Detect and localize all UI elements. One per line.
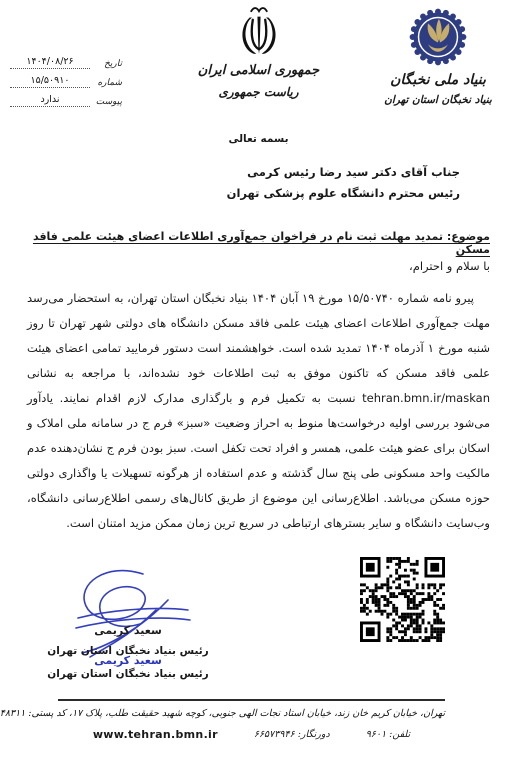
besmele-text: بسمه تعالی <box>0 133 517 145</box>
national-emblem-block: جمهوری اسلامی ایران ریاست جمهوری <box>174 5 344 99</box>
recipient-name: جناب آقای دکتر سید رضا رئیس کرمی <box>227 162 460 183</box>
number-label: شماره <box>90 78 122 88</box>
qr-code <box>360 557 445 642</box>
signer-name: سعید کریمی <box>28 624 228 637</box>
fax-label: دورنگار: <box>298 729 330 740</box>
attachment-label: پیوست <box>90 97 122 107</box>
phone-label: تلفن: <box>389 729 410 740</box>
footer-contact-row: تلفن: ۹۶۰۱ دورنگار: ۶۶۵۷۳۹۴۶ www.tehran.… <box>58 728 445 741</box>
date-value: ۱۴۰۴/۰۸/۲۶ <box>10 56 90 69</box>
iran-emblem-icon <box>233 5 285 61</box>
body-part2: نسبت به تکمیل فرم و بارگذاری مدارک لازم … <box>27 391 490 530</box>
number-value: ۱۵/۵۰۹۱۰ <box>10 75 90 88</box>
elite-foundation-seal-icon <box>409 8 467 66</box>
number-row: شماره ۱۵/۵۰۹۱۰ <box>10 75 122 88</box>
digital-stamp-name: سعید کریمی <box>28 654 228 667</box>
fax-item: دورنگار: ۶۶۵۷۳۹۴۶ <box>254 729 330 740</box>
phone-item: تلفن: ۹۶۰۱ <box>366 729 410 740</box>
digital-stamp-title: رئیس بنیاد نخبگان استان تهران <box>28 668 228 680</box>
website-link[interactable]: www.tehran.bmn.ir <box>93 728 218 741</box>
presidency-title: ریاست جمهوری <box>174 85 344 99</box>
foundation-logo-title: بنیاد ملی نخبگان <box>375 72 501 88</box>
attachment-value: ندارد <box>10 94 90 107</box>
qr-code-icon <box>360 557 445 642</box>
government-title: جمهوری اسلامی ایران <box>174 63 344 78</box>
date-row: تاریخ ۱۴۰۴/۰۸/۲۶ <box>10 56 122 69</box>
foundation-logo-block: بنیاد ملی نخبگان بنیاد نخبگان استان تهرا… <box>375 8 501 106</box>
letter-page: بنیاد ملی نخبگان بنیاد نخبگان استان تهرا… <box>0 0 517 761</box>
letter-meta-block: تاریخ ۱۴۰۴/۰۸/۲۶ شماره ۱۵/۵۰۹۱۰ پیوست ند… <box>10 56 122 113</box>
recipient-block: جناب آقای دکتر سید رضا رئیس کرمی رئیس مح… <box>227 162 460 204</box>
attachment-row: پیوست ندارد <box>10 94 122 107</box>
footer-block: تهران، خیابان کریم خان زند، خیابان استاد… <box>58 699 445 741</box>
subject-line: موضوع: تمدید مهلت ثبت نام در فراخوان جمع… <box>27 230 490 256</box>
foundation-logo-subtitle: بنیاد نخبگان استان تهران <box>375 94 501 106</box>
recipient-title: رئیس محترم دانشگاه علوم پزشکی تهران <box>227 183 460 204</box>
body-part1: پیرو نامه شماره ۱۵/۵۰۷۴۰ مورخ ۱۹ آبان ۱۴… <box>27 291 490 380</box>
fax-value: ۶۶۵۷۳۹۴۶ <box>254 729 295 740</box>
letter-body: پیرو نامه شماره ۱۵/۵۰۷۴۰ مورخ ۱۹ آبان ۱۴… <box>27 286 490 536</box>
phone-value: ۹۶۰۱ <box>366 729 386 740</box>
registration-link[interactable]: tehran.bmn.ir/maskan <box>362 391 490 405</box>
footer-address: تهران، خیابان کریم خان زند، خیابان استاد… <box>58 708 445 719</box>
greeting-text: با سلام و احترام، <box>409 259 490 273</box>
date-label: تاریخ <box>90 59 122 69</box>
